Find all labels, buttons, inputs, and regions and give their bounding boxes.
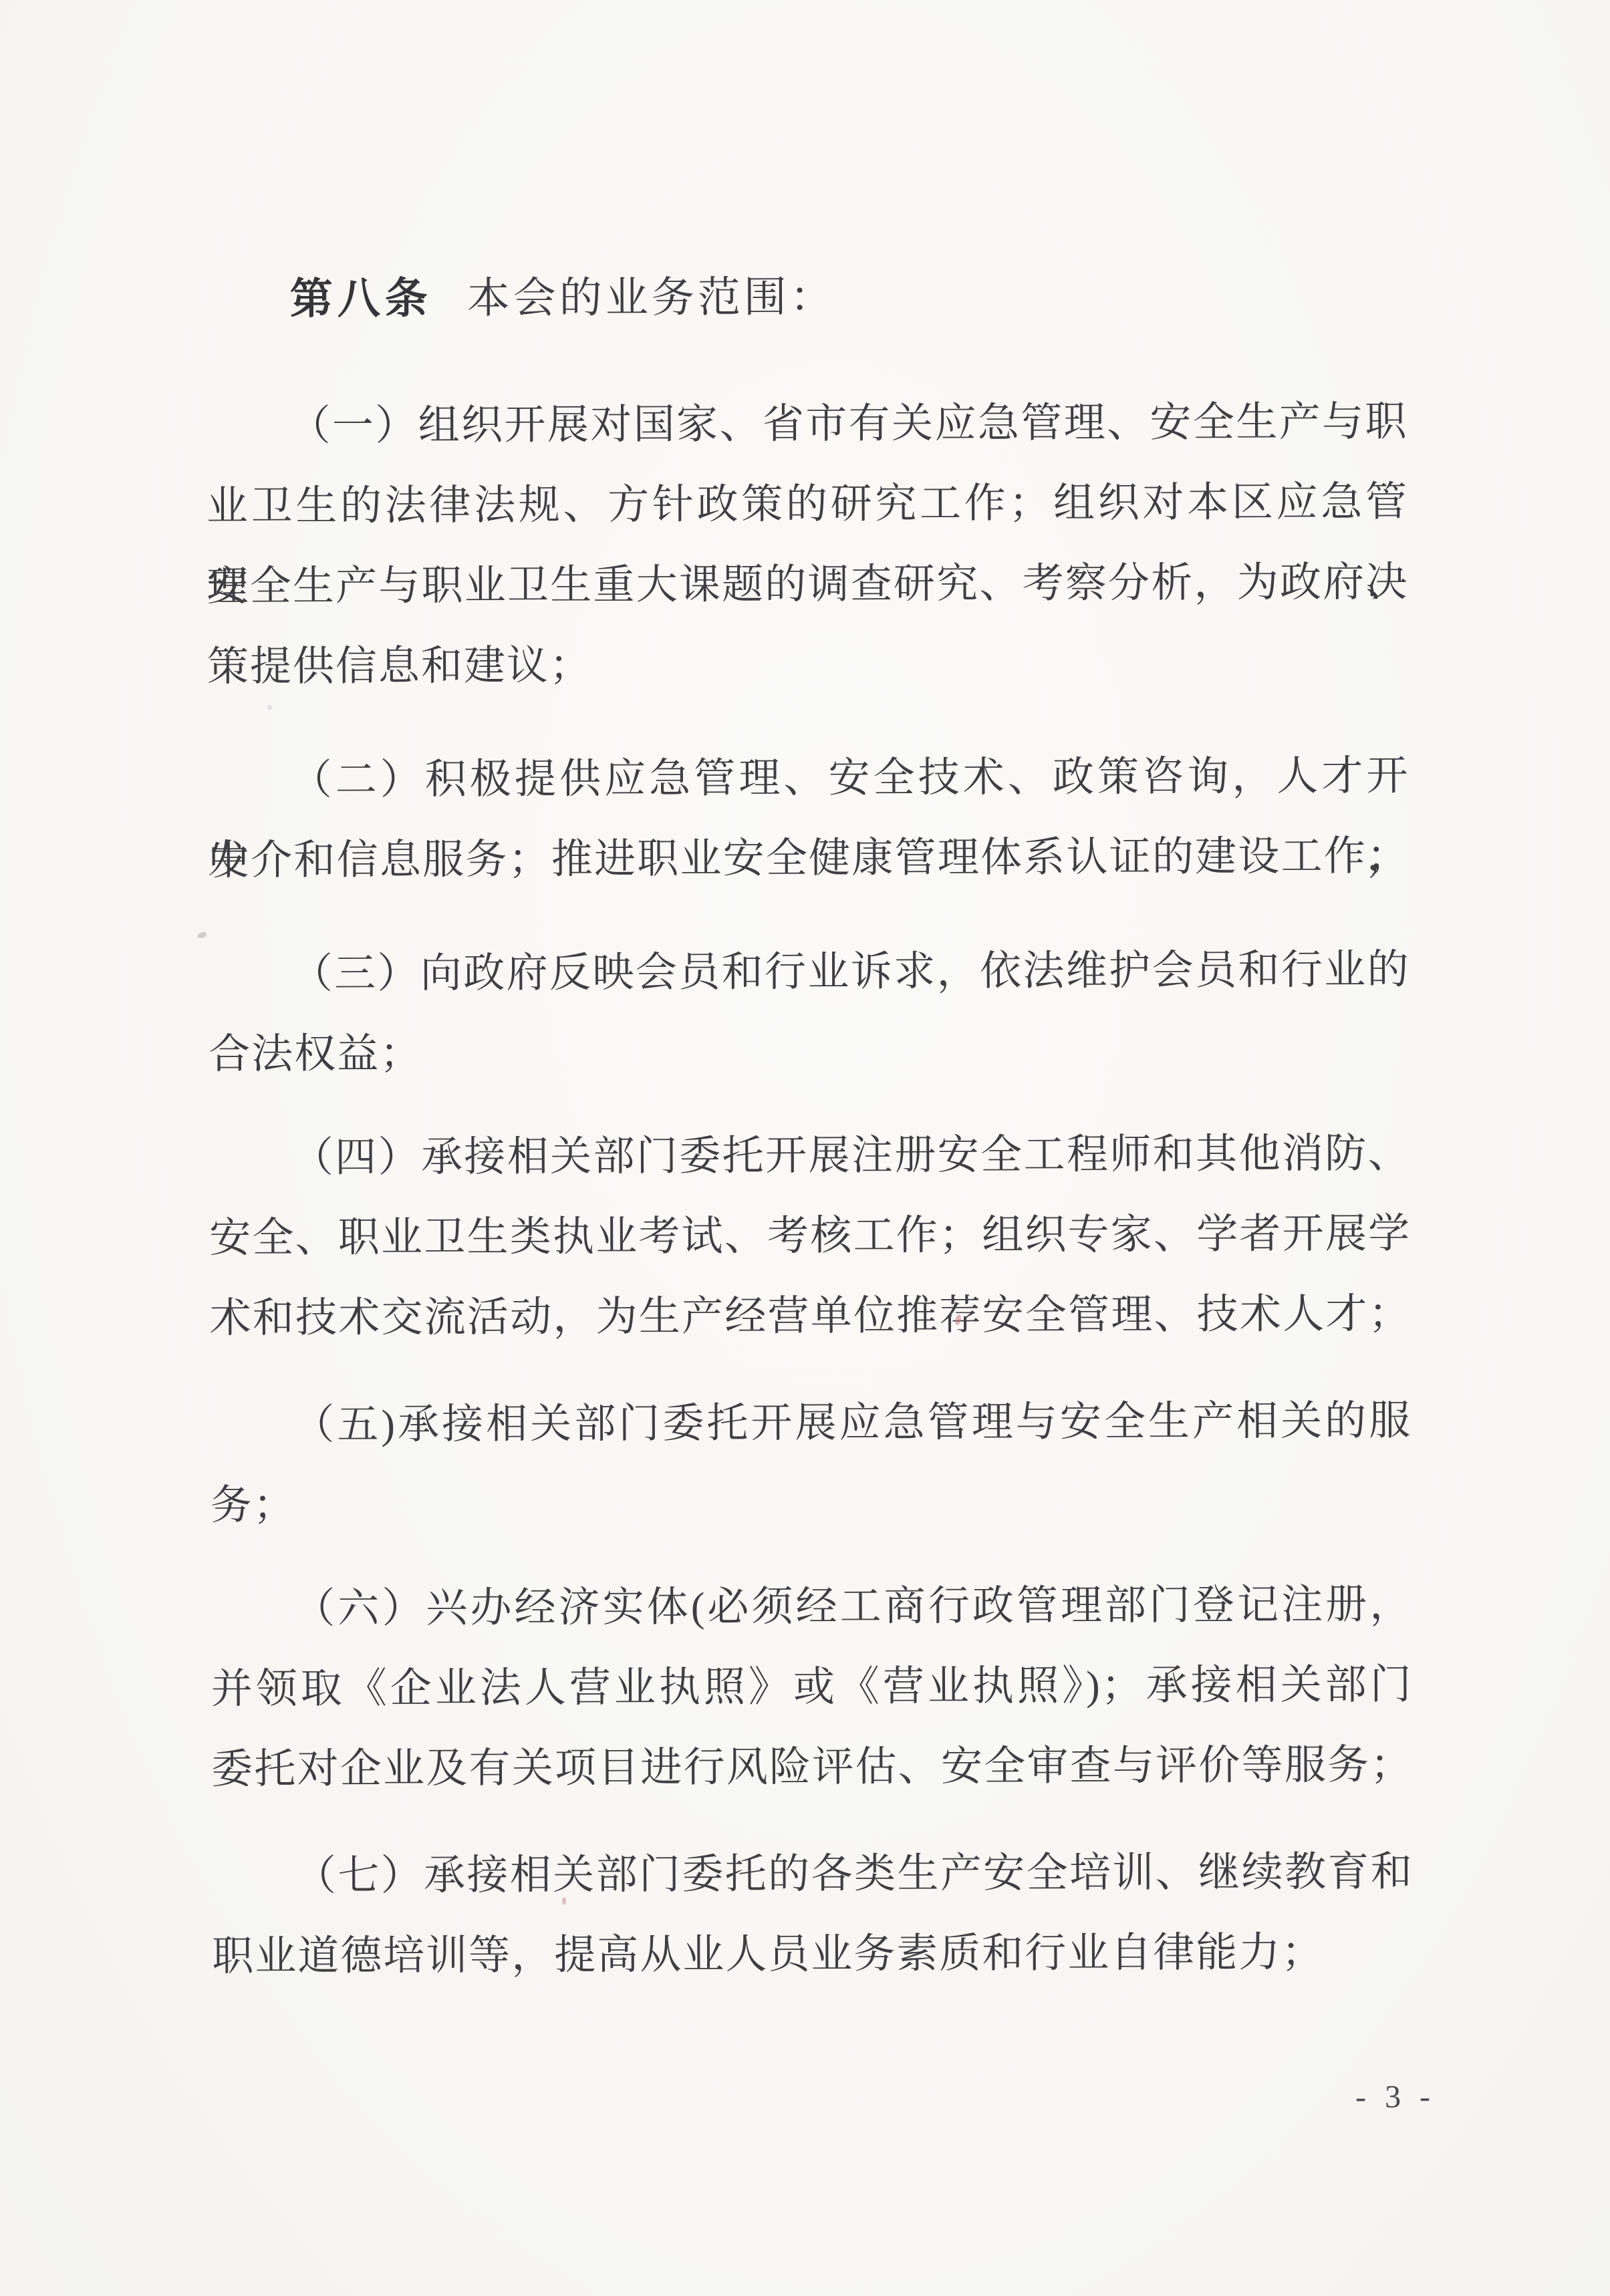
text-line: 职业道德培训等，提高从业人员业务素质和行业自律能力； — [212, 1912, 1414, 1997]
clause-7: （七）承接相关部门委托的各类生产安全培训、继续教育和 职业道德培训等，提高从业人… — [212, 1832, 1414, 1997]
article-heading: 第八条本会的业务范围： — [206, 265, 1407, 330]
text-line: 策提供信息和建议； — [207, 623, 1409, 708]
scanned-document-page: 第八条本会的业务范围： （一）组织开展对国家、省市有关应急管理、安全生产与职 业… — [0, 0, 1610, 2296]
scan-area: 第八条本会的业务范围： （一）组织开展对国家、省市有关应急管理、安全生产与职 业… — [0, 0, 1610, 2296]
text-line: 安全生产与职业卫生重大课题的调查研究、考察分析，为政府决 — [207, 543, 1408, 627]
document-body: 第八条本会的业务范围： （一）组织开展对国家、省市有关应急管理、安全生产与职 业… — [206, 265, 1414, 1997]
scan-speck — [562, 1897, 566, 1904]
text-line: 合法权益； — [209, 1010, 1410, 1095]
clause-5: （五)承接相关部门委托开展应急管理与安全生产相关的服 务； — [210, 1381, 1412, 1546]
text-line: 安全、职业卫生类执业考试、考核工作；组织专家、学者开展学 — [209, 1194, 1411, 1279]
article-number: 第八条 — [290, 275, 432, 323]
text-line: （四）承接相关部门委托开展注册安全工程师和其他消防、 — [209, 1114, 1410, 1199]
text-line: （七）承接相关部门委托的各类生产安全培训、继续教育和 — [212, 1832, 1414, 1917]
text-line: （六）兴办经济实体(必须经工商行政管理部门登记注册， — [211, 1565, 1412, 1650]
text-line: （一）组织开展对国家、省市有关应急管理、安全生产与职 — [206, 382, 1407, 467]
text-line: 委托对企业及有关项目进行风险评估、安全审查与评价等服务； — [211, 1725, 1413, 1810]
article-title: 本会的业务范围： — [467, 273, 836, 322]
text-line: 业卫生的法律法规、方针政策的研究工作；组织对本区应急管理、 — [207, 462, 1408, 547]
text-line: 术和技术交流活动，为生产经营单位推荐安全管理、技术人才； — [209, 1274, 1411, 1359]
text-line: （三）向政府反映会员和行业诉求，依法维护会员和行业的 — [208, 930, 1410, 1015]
clause-3: （三）向政府反映会员和行业诉求，依法维护会员和行业的 合法权益； — [208, 930, 1410, 1095]
clause-4: （四）承接相关部门委托开展注册安全工程师和其他消防、 安全、职业卫生类执业考试、… — [209, 1114, 1411, 1359]
text-line: 中介和信息服务；推进职业安全健康管理体系认证的建设工作； — [208, 817, 1410, 901]
scan-speck — [267, 705, 272, 710]
clause-2: （二）积极提供应急管理、安全技术、政策咨询，人才开发， 中介和信息服务；推进职业… — [207, 736, 1410, 901]
text-line: （二）积极提供应急管理、安全技术、政策咨询，人才开发， — [207, 736, 1409, 821]
text-line: （五)承接相关部门委托开展应急管理与安全生产相关的服 — [210, 1381, 1412, 1466]
page-number: - 3 - — [1355, 2077, 1436, 2117]
clause-1: （一）组织开展对国家、省市有关应急管理、安全生产与职 业卫生的法律法规、方针政策… — [206, 382, 1409, 708]
scan-speck — [196, 931, 207, 939]
text-line: 并领取《企业法人营业执照》或《营业执照》)；承接相关部门 — [211, 1645, 1413, 1730]
clause-6: （六）兴办经济实体(必须经工商行政管理部门登记注册， 并领取《企业法人营业执照》… — [211, 1565, 1413, 1810]
text-line: 务； — [210, 1461, 1412, 1546]
